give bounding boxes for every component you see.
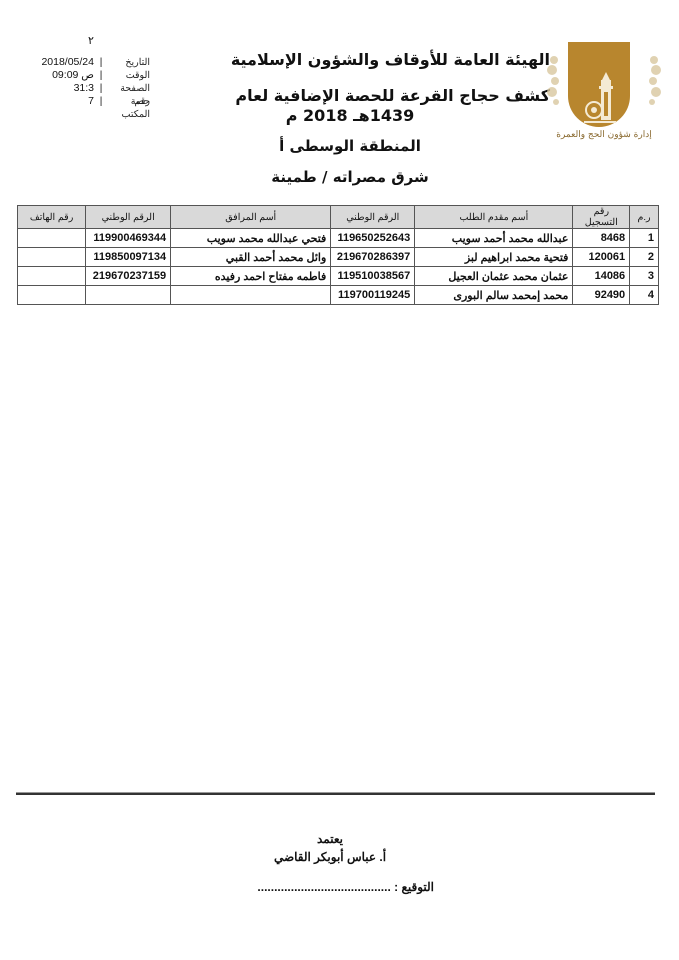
report-year: 1439هـ 2018 م — [150, 106, 550, 125]
cell-companion-nid: 219670237159 — [86, 267, 171, 286]
meta-page-label: الصفحة رقم — [104, 82, 150, 95]
cell-applicant: عثمان محمد عثمان العجيل — [415, 267, 573, 286]
signature-line: التوقيع : ..............................… — [200, 880, 460, 894]
cell-companion: فاطمه مفتاح احمد رفيده — [171, 267, 331, 286]
cell-companion-nid — [86, 286, 171, 305]
cell-registration: 8468 — [573, 229, 630, 248]
col-header-phone: رقم الهاتف — [18, 206, 86, 229]
meta-page: 31:3 | الصفحة رقم — [20, 82, 150, 95]
meta-date-value: 2018/05/24 — [20, 56, 98, 69]
meta-office-quota-value: 7 — [20, 95, 98, 108]
cell-phone — [18, 267, 86, 286]
meta-page-value: 31:3 — [20, 82, 98, 95]
meta-time: 09:09 ص | الوقت — [20, 69, 150, 82]
col-header-applicant: أسم مقدم الطلب — [415, 206, 573, 229]
approval-title: يعتمد — [200, 832, 460, 848]
cell-registration: 92490 — [573, 286, 630, 305]
table-row: 3 14086 عثمان محمد عثمان العجيل 11951003… — [18, 267, 659, 286]
cell-companion: فتحي عبدالله محمد سويب — [171, 229, 331, 248]
table-row: 2 120061 فتحية محمد ابراهيم لبز 21967028… — [18, 248, 659, 267]
cell-registration: 14086 — [573, 267, 630, 286]
page-mark: ٢ — [88, 34, 94, 47]
logo-caption: إدارة شؤون الحج والعمرة — [544, 130, 664, 140]
cell-index: 4 — [630, 286, 659, 305]
table-row: 1 8468 عبدالله محمد أحمد سويب 1196502526… — [18, 229, 659, 248]
footer-divider — [16, 792, 655, 795]
cell-registration: 120061 — [573, 248, 630, 267]
cell-applicant-nid: 119650252643 — [331, 229, 415, 248]
cell-index: 2 — [630, 248, 659, 267]
org-title: الهيئة العامة للأوقاف والشؤون الإسلامية — [150, 50, 550, 69]
col-header-companion-nid: الرقم الوطني — [86, 206, 171, 229]
cell-phone — [18, 229, 86, 248]
col-header-index: ر.م — [630, 206, 659, 229]
cell-phone — [18, 286, 86, 305]
meta-time-value: 09:09 ص — [20, 69, 98, 82]
report-meta: 2018/05/24 | التاريخ 09:09 ص | الوقت 31:… — [20, 56, 150, 108]
table-row: 4 92490 محمد إمحمد سالم البورى 119700119… — [18, 286, 659, 305]
cell-applicant: فتحية محمد ابراهيم لبز — [415, 248, 573, 267]
col-header-applicant-nid: الرقم الوطني — [331, 206, 415, 229]
cell-index: 3 — [630, 267, 659, 286]
cell-applicant: عبدالله محمد أحمد سويب — [415, 229, 573, 248]
meta-office-quota: 7 | حصة المكتب — [20, 95, 150, 108]
approver-name: أ. عباس أبوبكر القاضي — [200, 850, 460, 868]
meta-date-label: التاريخ — [104, 56, 150, 69]
logo-emblem-icon — [544, 36, 664, 136]
cell-applicant-nid: 219670286397 — [331, 248, 415, 267]
table-header-row: ر.م رقم التسجيل أسم مقدم الطلب الرقم الو… — [18, 206, 659, 229]
cell-applicant-nid: 119700119245 — [331, 286, 415, 305]
cell-index: 1 — [630, 229, 659, 248]
col-header-registration: رقم التسجيل — [573, 206, 630, 229]
meta-time-label: الوقت — [104, 69, 150, 82]
cell-companion: وائل محمد أحمد القبي — [171, 248, 331, 267]
meta-date: 2018/05/24 | التاريخ — [20, 56, 150, 69]
signature-block: يعتمد أ. عباس أبوبكر القاضي التوقيع : ..… — [200, 832, 460, 894]
area-title: شرق مصراته / طمينة — [150, 168, 550, 186]
region-title: المنطقة الوسطى أ — [150, 137, 550, 155]
report-title: كشف حجاج القرعة للحصة الإضافية لعام — [150, 86, 550, 105]
meta-office-quota-label: حصة المكتب — [104, 95, 150, 108]
pilgrims-table: ر.م رقم التسجيل أسم مقدم الطلب الرقم الو… — [17, 205, 659, 305]
col-header-companion: أسم المرافق — [171, 206, 331, 229]
cell-phone — [18, 248, 86, 267]
cell-companion-nid: 119850097134 — [86, 248, 171, 267]
cell-applicant: محمد إمحمد سالم البورى — [415, 286, 573, 305]
cell-applicant-nid: 119510038567 — [331, 267, 415, 286]
cell-companion-nid: 119900469344 — [86, 229, 171, 248]
cell-companion — [171, 286, 331, 305]
